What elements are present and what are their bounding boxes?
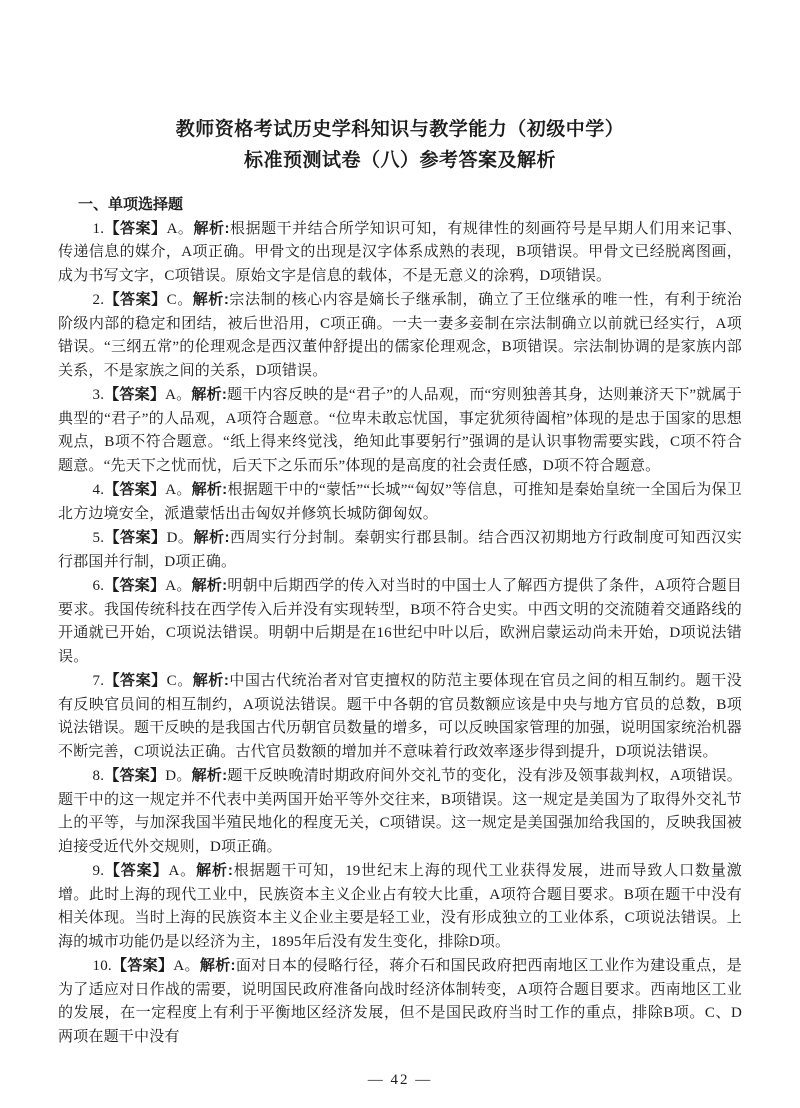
analysis-label: 解析: (192, 767, 228, 784)
document-title: 教师资格考试历史学科知识与教学能力（初级中学） 标准预测试卷（八）参考答案及解析 (0, 0, 800, 176)
answer-number: 10. (93, 958, 112, 974)
answer-item-4: 4.【答案】A。解析:根据题干中的“蒙恬”“长城”“匈奴”等信息，可推知是秦始皇… (58, 478, 742, 526)
answer-option: A。 (168, 863, 196, 879)
analysis-label: 解析: (193, 672, 229, 689)
answer-item-5: 5.【答案】D。解析:西周实行分封制。秦朝实行郡县制。结合西汉初期地方行政制度可… (58, 526, 742, 574)
answer-option: D。 (165, 768, 191, 784)
answer-item-2: 2.【答案】C。解析:宗法制的核心内容是嫡长子继承制，确立了王位继承的唯一性，有… (58, 288, 742, 383)
answer-item-1: 1.【答案】A。解析:根据题干并结合所学知识可知，有规律性的刻画符号是早期人们用… (58, 217, 742, 289)
answer-number: 9. (93, 863, 105, 879)
analysis-label: 解析: (193, 529, 229, 546)
answer-label: 【答案】 (104, 291, 167, 308)
analysis-label: 解析: (200, 957, 236, 974)
answer-option: A。 (165, 578, 191, 594)
answer-number: 2. (93, 292, 105, 308)
answer-label: 【答案】 (104, 481, 165, 498)
answer-label: 【答案】 (104, 386, 165, 403)
analysis-label: 解析: (193, 291, 229, 308)
answer-label: 【答案】 (112, 957, 174, 974)
answer-label: 【答案】 (104, 767, 165, 784)
answer-option: D。 (167, 530, 194, 546)
page-number: — 42 — (0, 1072, 800, 1089)
answer-label: 【答案】 (104, 672, 167, 689)
answer-option: A。 (173, 958, 200, 974)
answer-number: 4. (93, 482, 105, 498)
answer-item-8: 8.【答案】D。解析:题干反映晚清时期政府间外交礼节的变化，没有涉及领事裁判权，… (58, 764, 742, 859)
page-title-line2: 标准预测试卷（八）参考答案及解析 (0, 145, 800, 176)
section-heading: 一、单项选择题 (78, 193, 742, 217)
answer-label: 【答案】 (104, 862, 168, 879)
page-title-line1: 教师资格考试历史学科知识与教学能力（初级中学） (0, 114, 800, 145)
answer-number: 5. (93, 530, 105, 546)
answer-item-9: 9.【答案】A。解析:根据题干可知，19世纪末上海的现代工业获得发展，进而导致人… (58, 859, 742, 954)
analysis-label: 解析: (193, 220, 229, 237)
answer-option: A。 (167, 221, 194, 237)
answer-label: 【答案】 (104, 577, 165, 594)
answer-option: A。 (165, 387, 191, 403)
answer-item-6: 6.【答案】A。解析:明朝中后期西学的传入对当时的中国士人了解西方提供了条件，A… (58, 574, 742, 669)
answer-number: 6. (93, 578, 105, 594)
document-body: 一、单项选择题 1.【答案】A。解析:根据题干并结合所学知识可知，有规律性的刻画… (58, 193, 742, 1049)
answer-number: 7. (93, 673, 105, 689)
answer-label: 【答案】 (104, 529, 166, 546)
analysis-label: 解析: (196, 862, 233, 879)
analysis-label: 解析: (192, 481, 228, 498)
answer-item-7: 7.【答案】C。解析:中国古代统治者对官吏擅权的防范主要体现在官员之间的相互制约… (58, 669, 742, 764)
answer-label: 【答案】 (104, 220, 166, 237)
analysis-label: 解析: (192, 577, 228, 594)
document-page: 教师资格考试历史学科知识与教学能力（初级中学） 标准预测试卷（八）参考答案及解析… (0, 0, 800, 1108)
answer-option: C。 (167, 292, 193, 308)
answer-number: 1. (93, 221, 105, 237)
answer-item-3: 3.【答案】A。解析:题干内容反映的是“君子”的人品观，而“穷则独善其身，达则兼… (58, 383, 742, 478)
answer-item-10: 10.【答案】A。解析:面对日本的侵略行径，蒋介石和国民政府把西南地区工业作为建… (58, 954, 742, 1049)
analysis-label: 解析: (191, 386, 227, 403)
answer-option: C。 (167, 673, 193, 689)
answer-number: 8. (93, 768, 105, 784)
answer-option: A。 (165, 482, 191, 498)
answer-number: 3. (93, 387, 105, 403)
